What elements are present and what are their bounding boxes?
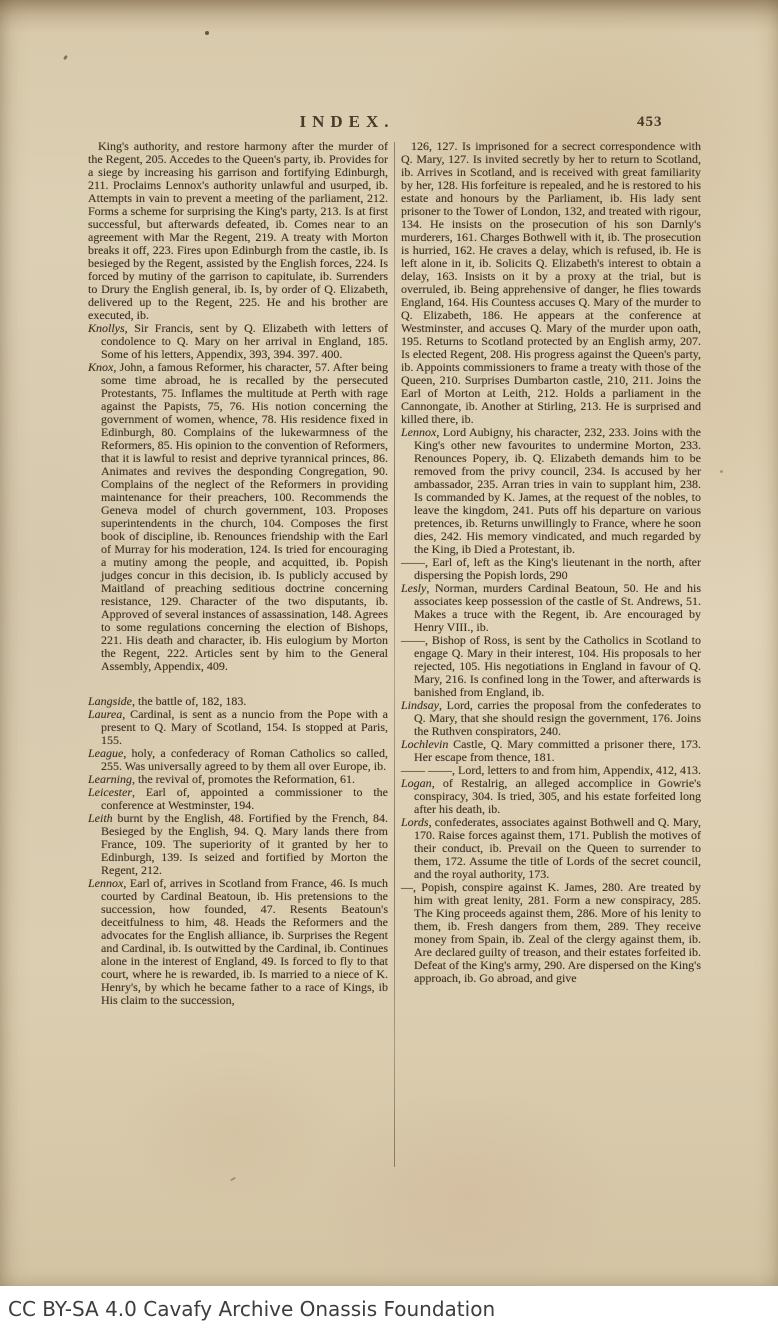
paper-speck (230, 1177, 236, 1182)
index-entry: Lochlevin Castle, Q. Mary committed a pr… (401, 738, 701, 764)
index-entry: 126, 127. Is imprisoned for a secrect co… (401, 140, 701, 426)
index-entry-headword: Lochlevin (401, 737, 448, 751)
index-entry: Lesly, Norman, murders Cardinal Beatoun,… (401, 582, 701, 634)
index-entry: Knox, John, a famous Reformer, his chara… (88, 361, 388, 673)
index-entry: King's authority, and restore harmony af… (88, 140, 388, 322)
index-entry-headword: Lindsay (401, 698, 439, 712)
license-caption-bar: CC BY-SA 4.0 Cavafy Archive Onassis Foun… (0, 1286, 778, 1332)
index-entry: Laurea, Cardinal, is sent as a nuncio fr… (88, 708, 388, 747)
index-entry-headword: Leith (88, 811, 113, 825)
right-column: 126, 127. Is imprisoned for a secrect co… (401, 140, 701, 985)
index-entry: Lennox, Lord Aubigny, his character, 232… (401, 426, 701, 556)
index-entry: Leith burnt by the English, 48. Fortifie… (88, 812, 388, 877)
index-entry: —, Popish, conspire against K. James, 28… (401, 881, 701, 985)
page-number: 453 (637, 114, 663, 131)
index-entry: Leicester, Earl of, appointed a commissi… (88, 786, 388, 812)
index-entry: ——, Earl of, left as the King's lieutena… (401, 556, 701, 582)
index-entry-headword: Learning (88, 772, 132, 786)
index-entry-headword: Knox (88, 360, 113, 374)
paper-speck (205, 31, 209, 35)
index-entry-headword: Leicester (88, 785, 132, 799)
index-columns: King's authority, and restore harmony af… (88, 140, 702, 1167)
index-entry: Lennox, Earl of, arrives in Scotland fro… (88, 877, 388, 1007)
paper-speck (63, 55, 68, 61)
column-divider-rule (394, 142, 395, 1167)
index-entry: ——, Bishop of Ross, is sent by the Catho… (401, 634, 701, 699)
scanned-book-page: INDEX. 453 King's authority, and restore… (0, 0, 778, 1286)
license-text: CC BY-SA 4.0 Cavafy Archive Onassis Foun… (8, 1297, 495, 1321)
index-entry-headword: Laurea (88, 707, 122, 721)
index-entry-headword: Knollys (88, 321, 125, 335)
index-entry-headword: Lords (401, 815, 429, 829)
index-entry: Lindsay, Lord, carries the proposal from… (401, 699, 701, 738)
page-header: INDEX. 453 (0, 112, 778, 138)
index-entry: League, holy, a confederacy of Roman Cat… (88, 747, 388, 773)
index-entry: Lords, confederates, associates against … (401, 816, 701, 881)
running-title: INDEX. (252, 112, 442, 132)
index-entry-headword: Lennox (88, 876, 123, 890)
paper-speck (720, 470, 723, 473)
index-entry-headword: Lennox (401, 425, 436, 439)
index-entry-headword: Langside (88, 694, 132, 708)
left-column: King's authority, and restore harmony af… (88, 140, 388, 1007)
index-entry-headword: Logan (401, 776, 432, 790)
index-entry-headword: League (88, 746, 123, 760)
index-entry-headword: Lesly (401, 581, 426, 595)
index-entry: Logan, of Restalrig, an alleged accompli… (401, 777, 701, 816)
index-entry: Knollys, Sir Francis, sent by Q. Elizabe… (88, 322, 388, 361)
